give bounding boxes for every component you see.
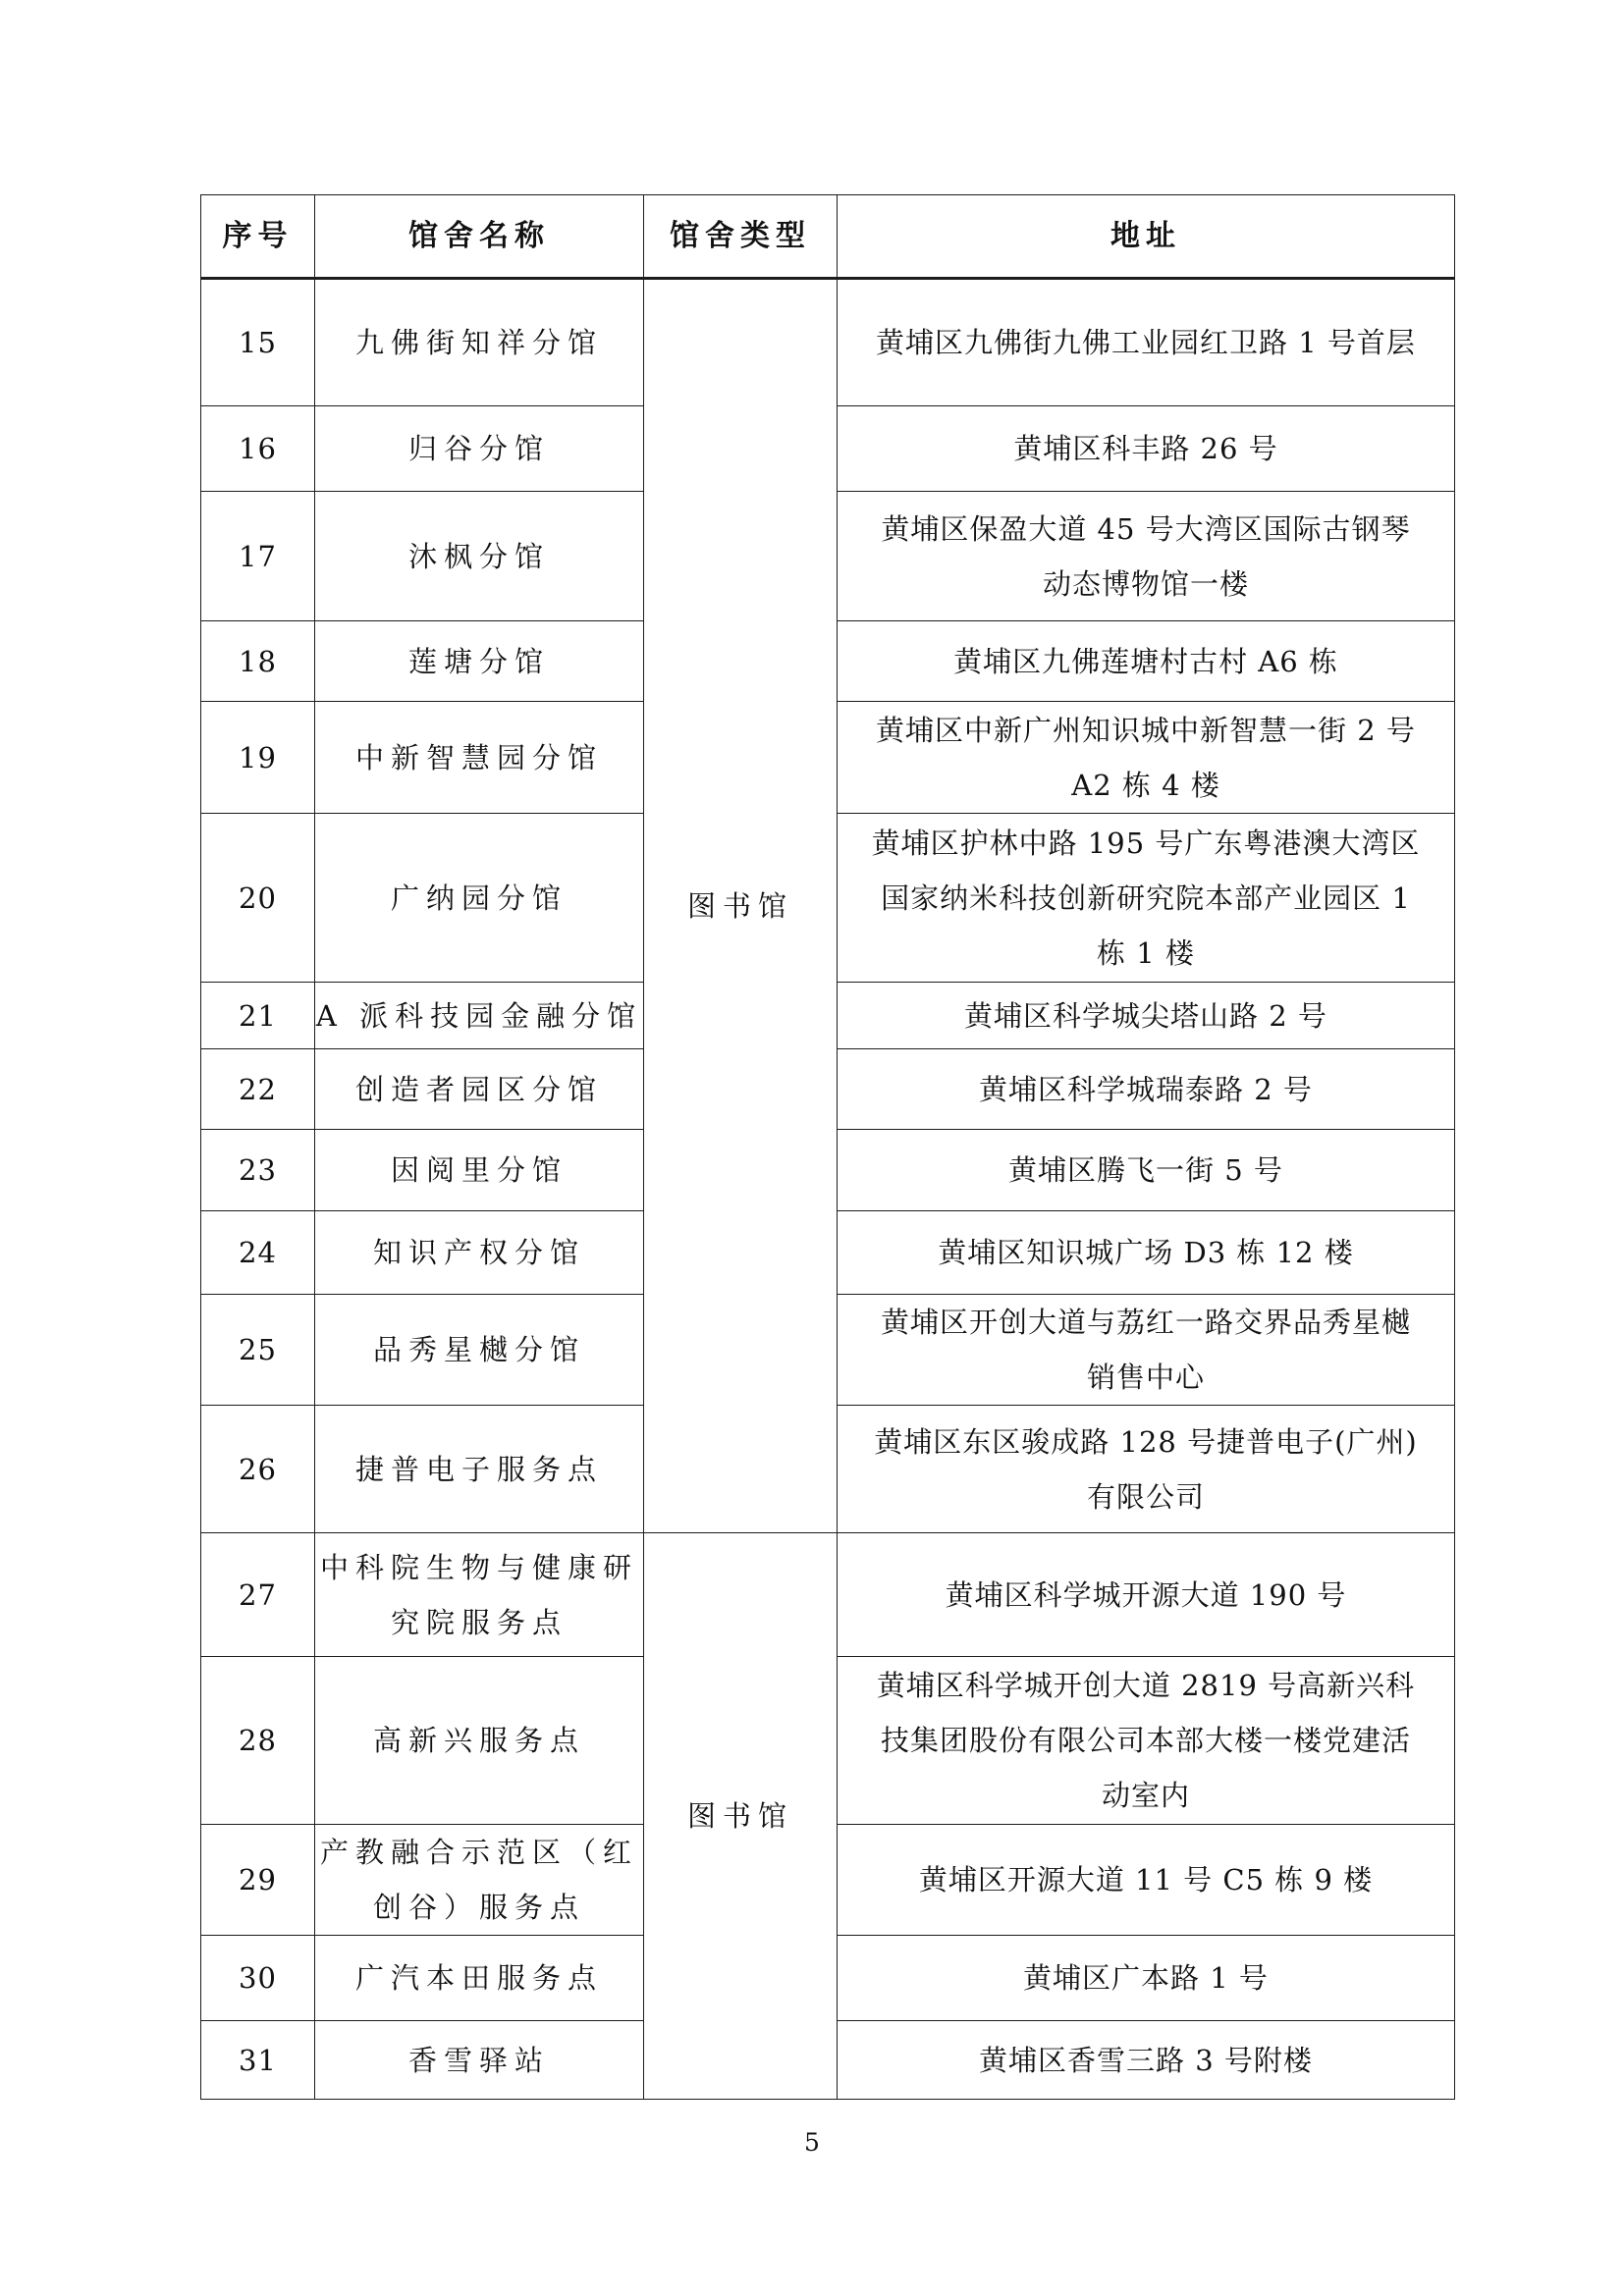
row-index: 17	[201, 492, 315, 621]
venue-name: 归谷分馆	[315, 406, 644, 492]
row-index: 16	[201, 406, 315, 492]
venue-name: 品秀星樾分馆	[315, 1295, 644, 1406]
row-index: 28	[201, 1657, 315, 1825]
venue-address: 黄埔区腾飞一街 5 号	[838, 1130, 1455, 1211]
row-index: 22	[201, 1049, 315, 1130]
header-index: 序号	[201, 195, 315, 279]
header-address: 地址	[838, 195, 1455, 279]
row-index: 26	[201, 1406, 315, 1533]
table-header-row: 序号 馆舍名称 馆舍类型 地址	[201, 195, 1455, 279]
table-row: 27 中科院生物与健康研 究院服务点 图书馆 黄埔区科学城开源大道 190 号	[201, 1533, 1455, 1657]
document-page: 序号 馆舍名称 馆舍类型 地址 15 九佛街知祥分馆 图书馆 黄埔区九佛街九佛工…	[0, 0, 1624, 2296]
row-index: 20	[201, 814, 315, 983]
header-type: 馆舍类型	[644, 195, 838, 279]
venue-name: 创造者园区分馆	[315, 1049, 644, 1130]
venue-address: 黄埔区科学城瑞泰路 2 号	[838, 1049, 1455, 1130]
row-index: 24	[201, 1211, 315, 1295]
venue-name: 中新智慧园分馆	[315, 702, 644, 814]
venue-name: 知识产权分馆	[315, 1211, 644, 1295]
row-index: 30	[201, 1936, 315, 2021]
venue-address: 黄埔区科学城尖塔山路 2 号	[838, 983, 1455, 1049]
page-number: 5	[0, 2128, 1624, 2157]
venue-name: A 派科技园金融分馆	[315, 983, 644, 1049]
library-branch-table: 序号 馆舍名称 馆舍类型 地址 15 九佛街知祥分馆 图书馆 黄埔区九佛街九佛工…	[200, 194, 1455, 2100]
venue-address: 黄埔区九佛街九佛工业园红卫路 1 号首层	[838, 279, 1455, 406]
venue-address: 黄埔区广本路 1 号	[838, 1936, 1455, 2021]
row-index: 29	[201, 1825, 315, 1936]
venue-address: 黄埔区九佛莲塘村古村 A6 栋	[838, 621, 1455, 702]
venue-address: 黄埔区科丰路 26 号	[838, 406, 1455, 492]
venue-name: 沐枫分馆	[315, 492, 644, 621]
row-index: 18	[201, 621, 315, 702]
venue-name: 中科院生物与健康研 究院服务点	[315, 1533, 644, 1657]
venue-address: 黄埔区保盈大道 45 号大湾区国际古钢琴 动态博物馆一楼	[838, 492, 1455, 621]
venue-name: 捷普电子服务点	[315, 1406, 644, 1533]
row-index: 31	[201, 2021, 315, 2100]
venue-address: 黄埔区香雪三路 3 号附楼	[838, 2021, 1455, 2100]
table-row: 15 九佛街知祥分馆 图书馆 黄埔区九佛街九佛工业园红卫路 1 号首层	[201, 279, 1455, 406]
header-name: 馆舍名称	[315, 195, 644, 279]
venue-name: 高新兴服务点	[315, 1657, 644, 1825]
venue-name: 广纳园分馆	[315, 814, 644, 983]
venue-address: 黄埔区知识城广场 D3 栋 12 楼	[838, 1211, 1455, 1295]
venue-name: 产教融合示范区（红 创谷）服务点	[315, 1825, 644, 1936]
row-index: 25	[201, 1295, 315, 1406]
venue-name: 莲塘分馆	[315, 621, 644, 702]
row-index: 15	[201, 279, 315, 406]
venue-address: 黄埔区东区骏成路 128 号捷普电子(广州) 有限公司	[838, 1406, 1455, 1533]
venue-name: 九佛街知祥分馆	[315, 279, 644, 406]
row-index: 21	[201, 983, 315, 1049]
venue-address: 黄埔区中新广州知识城中新智慧一街 2 号 A2 栋 4 楼	[838, 702, 1455, 814]
row-index: 23	[201, 1130, 315, 1211]
venue-name: 因阅里分馆	[315, 1130, 644, 1211]
venue-address: 黄埔区开创大道与荔红一路交界品秀星樾 销售中心	[838, 1295, 1455, 1406]
venue-address: 黄埔区护林中路 195 号广东粤港澳大湾区 国家纳米科技创新研究院本部产业园区 …	[838, 814, 1455, 983]
row-index: 27	[201, 1533, 315, 1657]
venue-name: 广汽本田服务点	[315, 1936, 644, 2021]
venue-address: 黄埔区科学城开源大道 190 号	[838, 1533, 1455, 1657]
venue-type-group: 图书馆	[644, 1533, 838, 2100]
venue-address: 黄埔区开源大道 11 号 C5 栋 9 楼	[838, 1825, 1455, 1936]
venue-address: 黄埔区科学城开创大道 2819 号高新兴科 技集团股份有限公司本部大楼一楼党建活…	[838, 1657, 1455, 1825]
venue-name: 香雪驿站	[315, 2021, 644, 2100]
venue-type-group: 图书馆	[644, 279, 838, 1533]
row-index: 19	[201, 702, 315, 814]
